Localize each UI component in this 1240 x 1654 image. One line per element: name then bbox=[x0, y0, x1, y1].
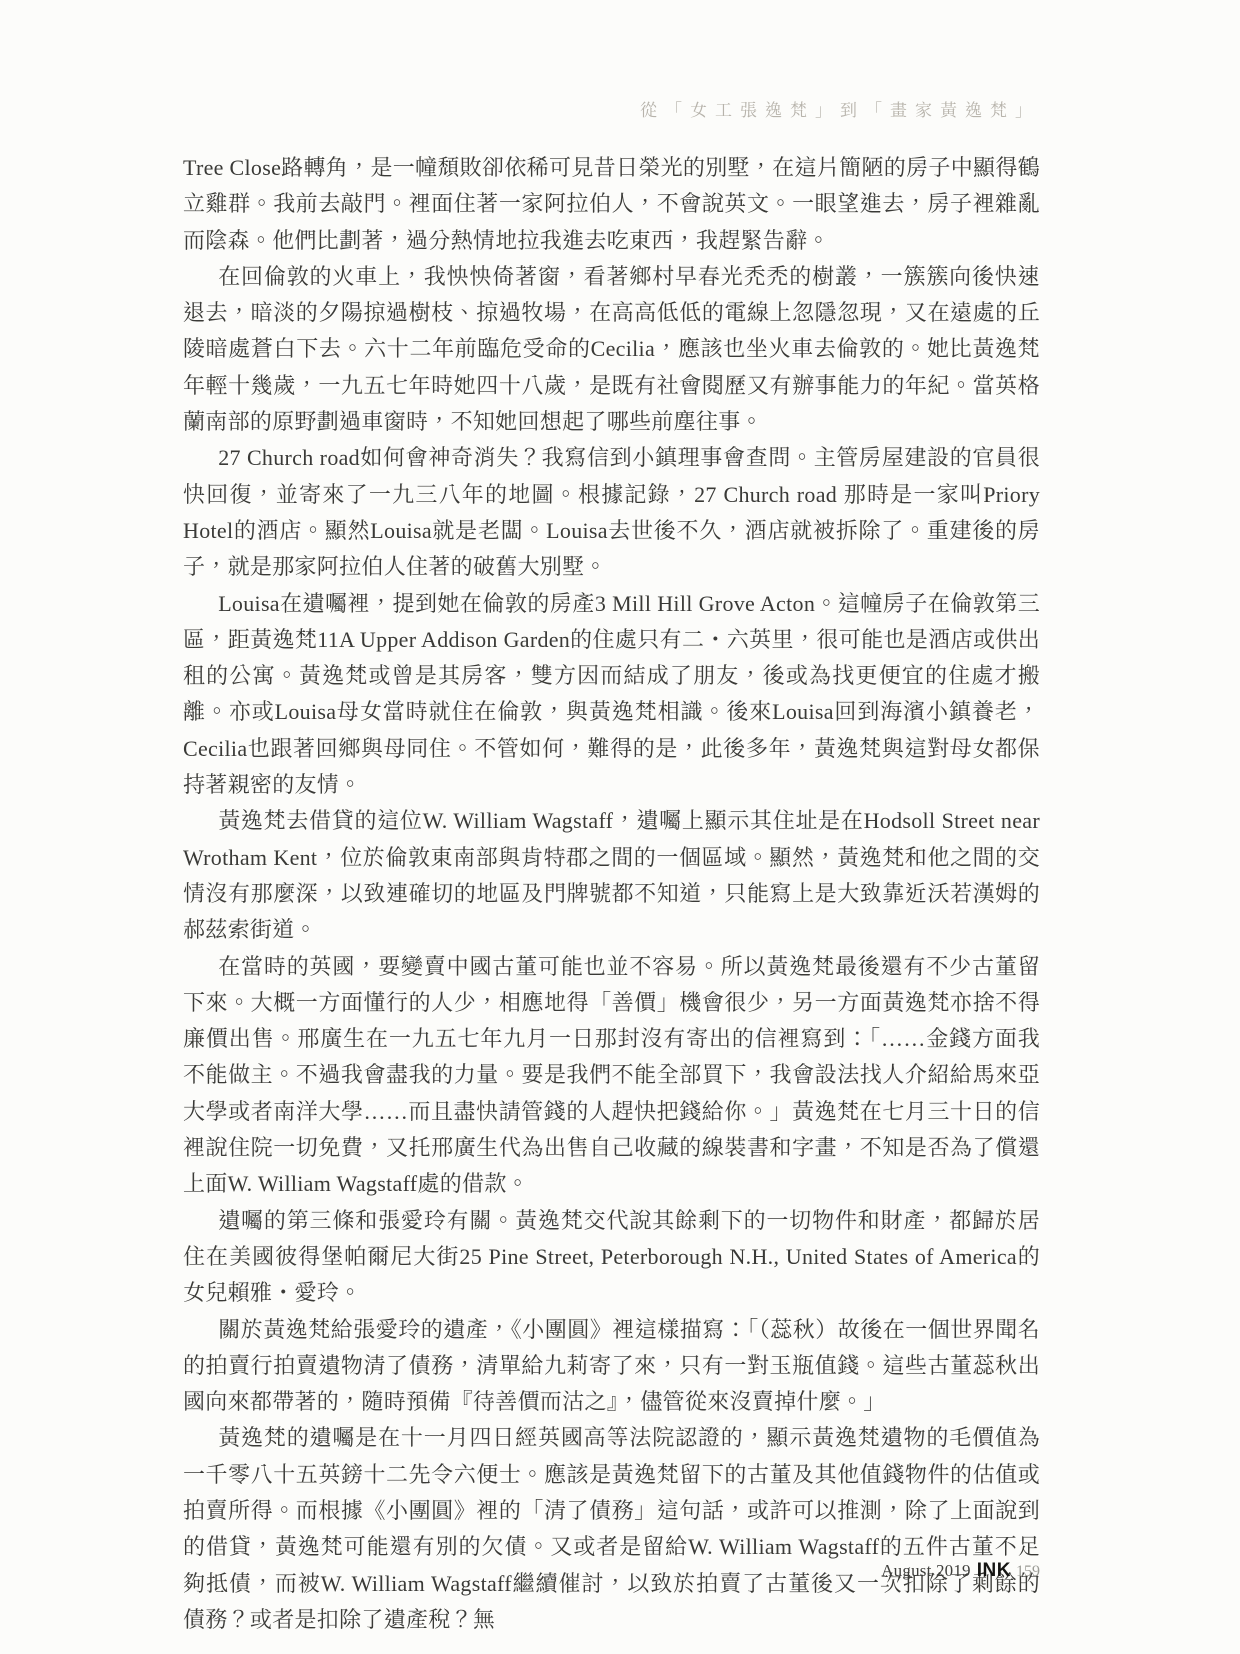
article-body: Tree Close路轉角，是一幢頹敗卻依稀可見昔日榮光的別墅，在這片簡陋的房子… bbox=[183, 150, 1040, 1638]
body-paragraph: 27 Church road如何會神奇消失？我寫信到小鎮理事會查問。主管房屋建設… bbox=[183, 440, 1040, 585]
page-number: 159 bbox=[1016, 1563, 1040, 1580]
body-paragraph: Louisa在遺囑裡，提到她在倫敦的房產3 Mill Hill Grove Ac… bbox=[183, 586, 1040, 804]
scanned-book-page: 從「女工張逸梵」到「畫家黃逸梵」 Tree Close路轉角，是一幢頹敗卻依稀可… bbox=[0, 0, 1240, 1654]
body-paragraph: Tree Close路轉角，是一幢頹敗卻依稀可見昔日榮光的別墅，在這片簡陋的房子… bbox=[183, 150, 1040, 259]
body-paragraph: 遺囑的第三條和張愛玲有關。黃逸梵交代說其餘剩下的一切物件和財產，都歸於居住在美國… bbox=[183, 1203, 1040, 1312]
body-paragraph: 在回倫敦的火車上，我怏怏倚著窗，看著鄉村早春光禿禿的樹叢，一簇簇向後快速退去，暗… bbox=[183, 259, 1040, 440]
running-header: 從「女工張逸梵」到「畫家黃逸梵」 bbox=[640, 96, 1040, 121]
body-paragraph: 在當時的英國，要變賣中國古董可能也並不容易。所以黃逸梵最後還有不少古董留下來。大… bbox=[183, 949, 1040, 1203]
body-paragraph: 關於黃逸梵給張愛玲的遺產，《小團圓》裡這樣描寫：「（蕊秋）故後在一個世界聞名的拍… bbox=[183, 1312, 1040, 1421]
page-footer: August 2019INK159 bbox=[881, 1560, 1040, 1582]
issue-date: August 2019 bbox=[881, 1561, 971, 1580]
body-paragraph: 黃逸梵去借貸的這位W. William Wagstaff，遺囑上顯示其住址是在H… bbox=[183, 803, 1040, 948]
magazine-logo: INK bbox=[977, 1560, 1011, 1581]
body-paragraph: 黃逸梵的遺囑是在十一月四日經英國高等法院認證的，顯示黃逸梵遺物的毛價值為一千零八… bbox=[183, 1420, 1040, 1638]
